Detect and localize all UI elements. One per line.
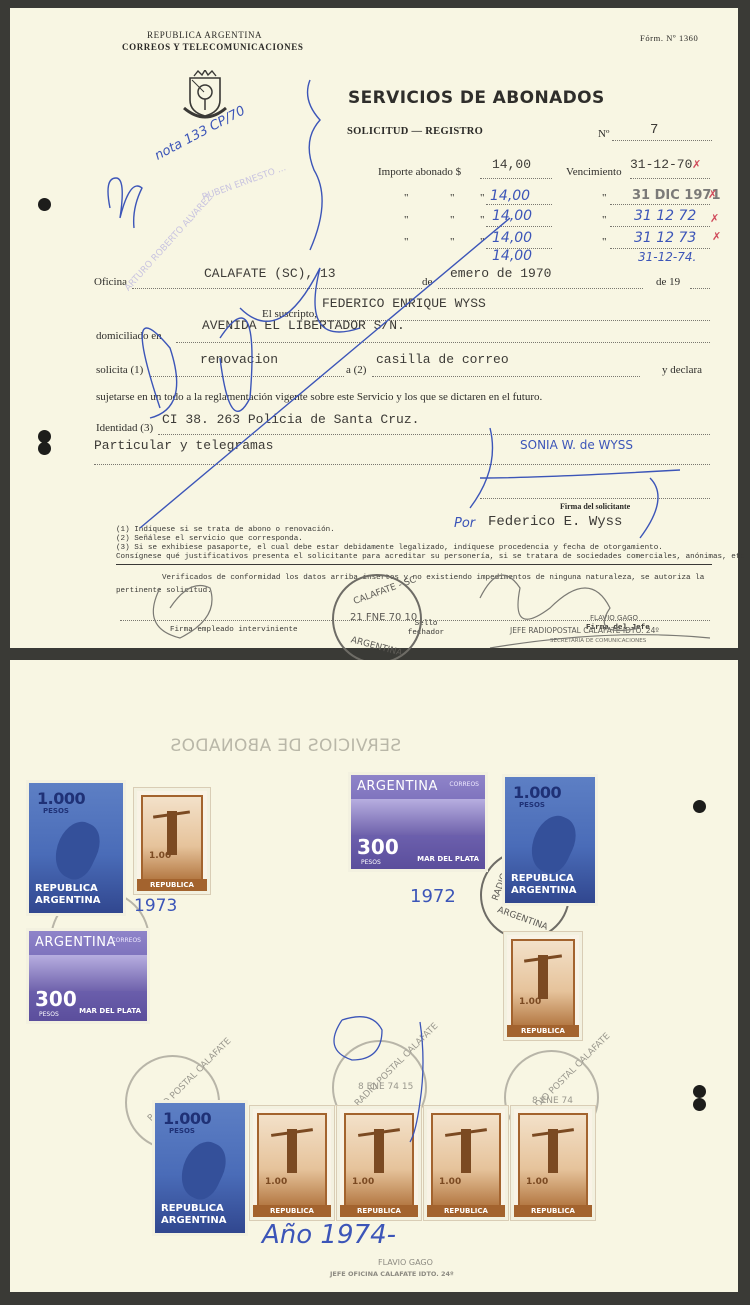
jefe-stamp-title: JEFE OFICINA CALAFATE IDTO. 24º bbox=[330, 1270, 454, 1278]
signatures-overlay bbox=[10, 660, 738, 1292]
jefe-stamp-name: FLAVIO GAGO bbox=[378, 1258, 433, 1267]
application-form-back: SERVICIOS DE ABONADOS RADIO 8 ENE ARGENT… bbox=[10, 660, 738, 1292]
signatures-overlay bbox=[10, 8, 738, 648]
application-form-front: REPUBLICA ARGENTINA CORREOS Y TELECOMUNI… bbox=[10, 8, 738, 648]
